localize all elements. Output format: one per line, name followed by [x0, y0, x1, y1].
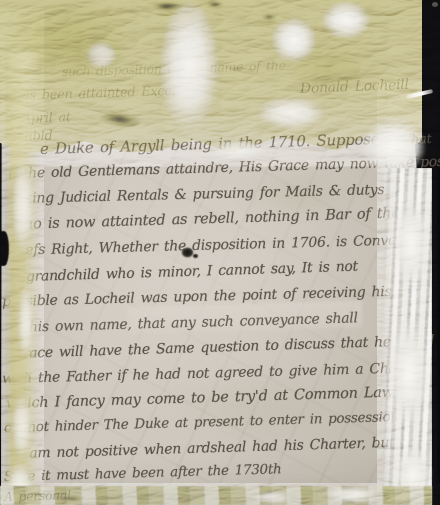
left-tape-band [5, 52, 40, 505]
manuscript-line: Donald Locheill [300, 78, 409, 96]
ink-blot [193, 254, 198, 258]
paper-tear-notch [0, 231, 9, 266]
right-foil-band [382, 168, 432, 505]
manuscript-line: A personal [4, 489, 71, 503]
manuscript-line: What [398, 133, 432, 147]
dust-speck [432, 2, 438, 7]
manuscript-photo: such disposition in the name of the has … [0, 0, 440, 505]
